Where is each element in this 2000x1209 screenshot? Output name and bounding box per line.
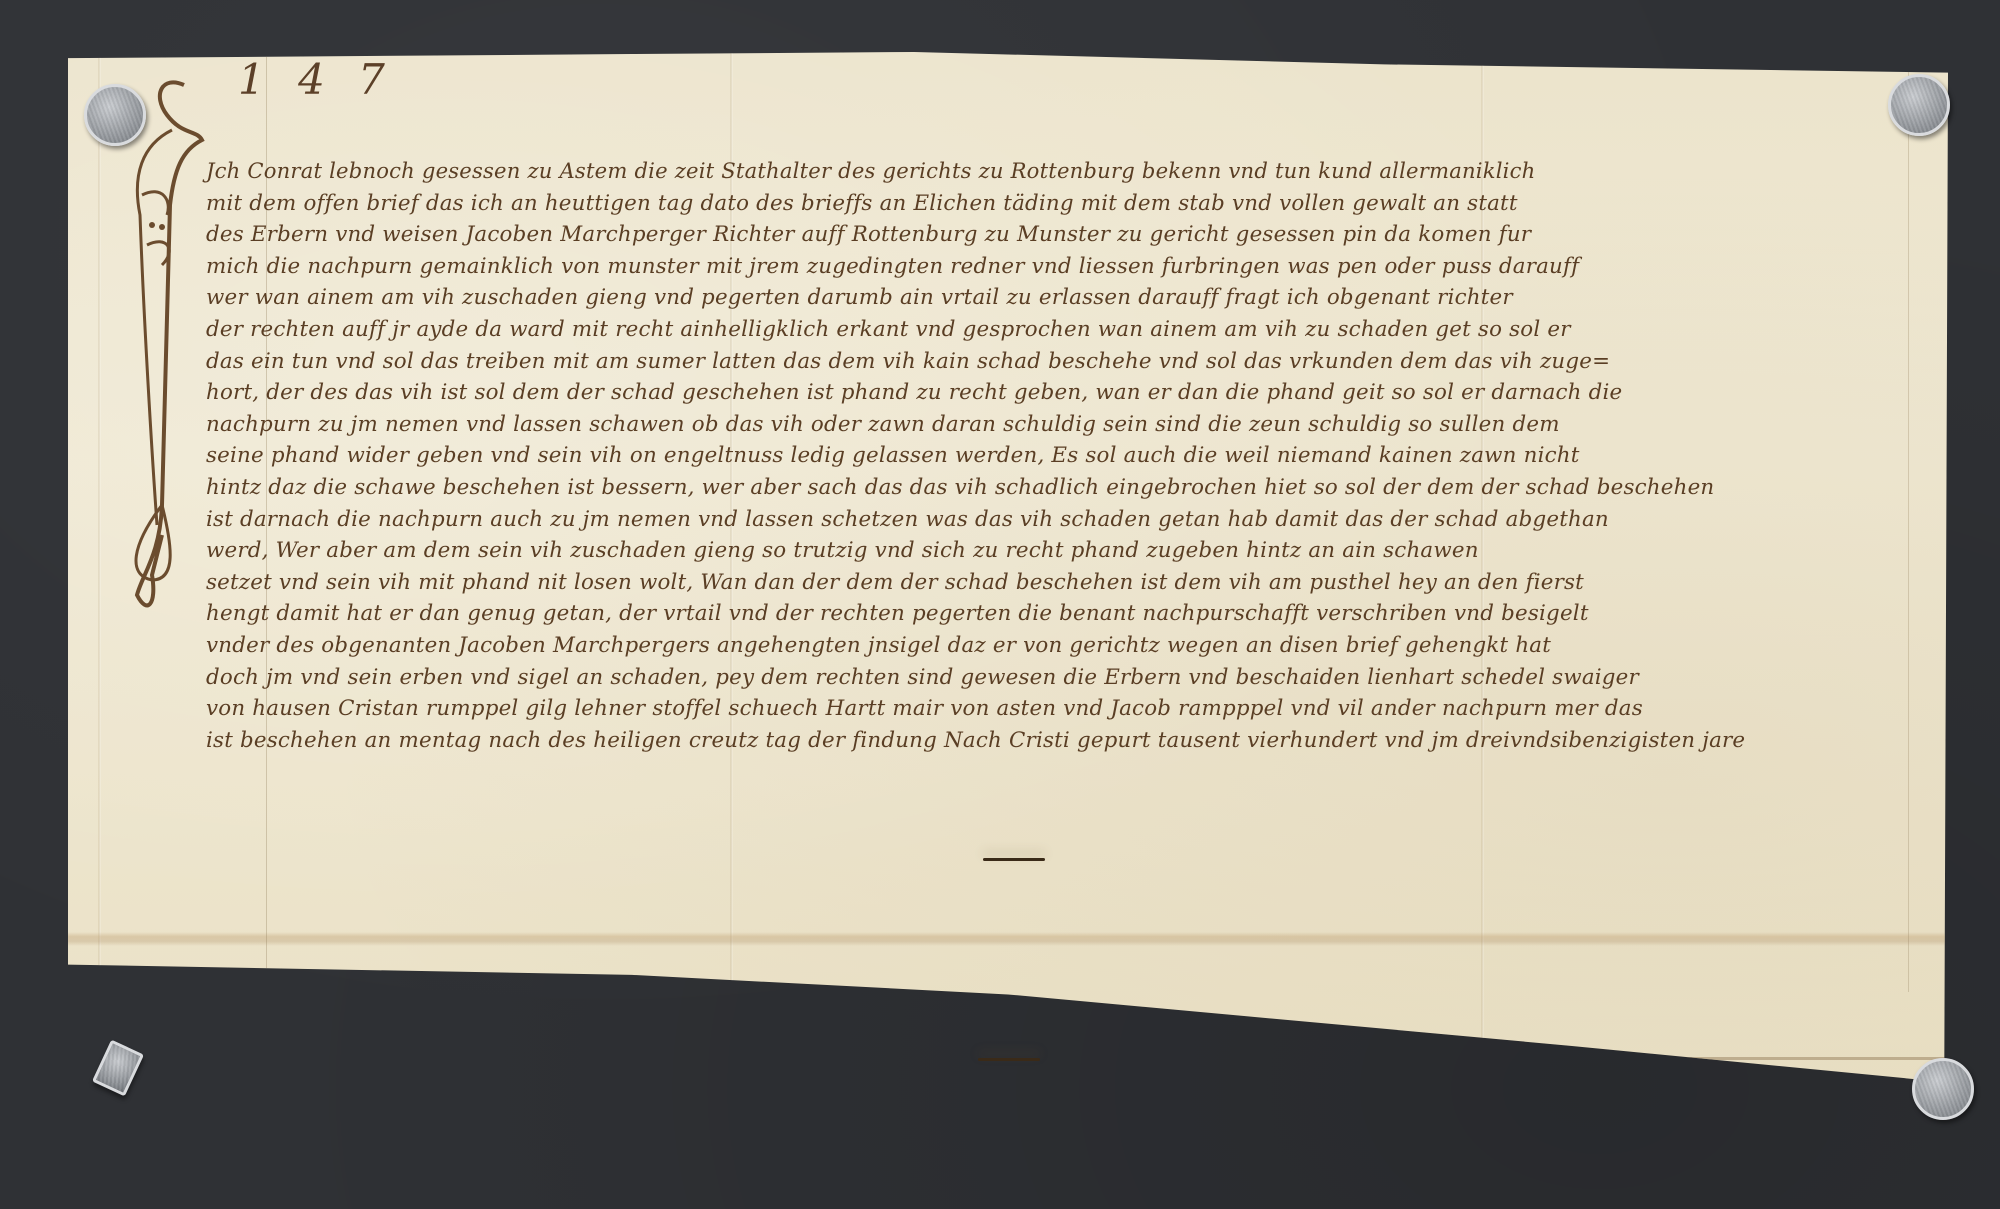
charter-text-block: Jch Conrat lebnoch gesessen zu Astem die… [206, 156, 1906, 756]
magnet-bottom-right [1912, 1058, 1974, 1120]
text-line: seine phand wider geben vnd sein vih on … [206, 440, 1896, 472]
horizontal-fold-stain [68, 932, 1948, 946]
lower-seal-slit [978, 1058, 1040, 1061]
text-line: doch jm vnd sein erben vnd sigel an scha… [206, 662, 1896, 694]
text-line: von hausen Cristan rumppel gilg lehner s… [206, 693, 1896, 725]
text-line: der rechten auff jr ayde da ward mit rec… [206, 314, 1896, 346]
text-line: Jch Conrat lebnoch gesessen zu Astem die… [206, 156, 1875, 188]
text-line: setzet vnd sein vih mit phand nit losen … [206, 567, 1896, 599]
right-margin-rule [1908, 52, 1909, 992]
text-line: ist beschehen an mentag nach des heilige… [206, 725, 1896, 757]
text-line: mich die nachpurn gemainklich von munste… [206, 251, 1896, 283]
text-line: ist darnach die nachpurn auch zu jm neme… [206, 504, 1896, 536]
magnet-top-left [84, 84, 146, 146]
text-line: hengt damit hat er dan genug getan, der … [206, 598, 1896, 630]
text-line: hintz daz die schawe beschehen ist besse… [206, 472, 1896, 504]
text-line: des Erbern vnd weisen Jacoben Marchperge… [206, 219, 1896, 251]
text-line: werd, Wer aber am dem sein vih zuschaden… [206, 535, 1896, 567]
text-line: vnder des obgenanten Jacoben Marchperger… [206, 630, 1896, 662]
magnet-top-right [1888, 74, 1950, 136]
vertical-fold-line [98, 52, 101, 1082]
text-line: wer wan ainem am vih zuschaden gieng vnd… [206, 282, 1896, 314]
text-line: hort, der des das vih ist sol dem der sc… [206, 377, 1896, 409]
text-line: nachpurn zu jm nemen vnd lassen schawen … [206, 409, 1896, 441]
text-line: mit dem offen brief das ich an heuttigen… [206, 188, 1896, 220]
text-line: das ein tun vnd sol das treiben mit am s… [206, 346, 1896, 378]
upper-seal-slit [983, 858, 1045, 861]
top-margin-annotation: 1 4 7 [238, 55, 395, 104]
